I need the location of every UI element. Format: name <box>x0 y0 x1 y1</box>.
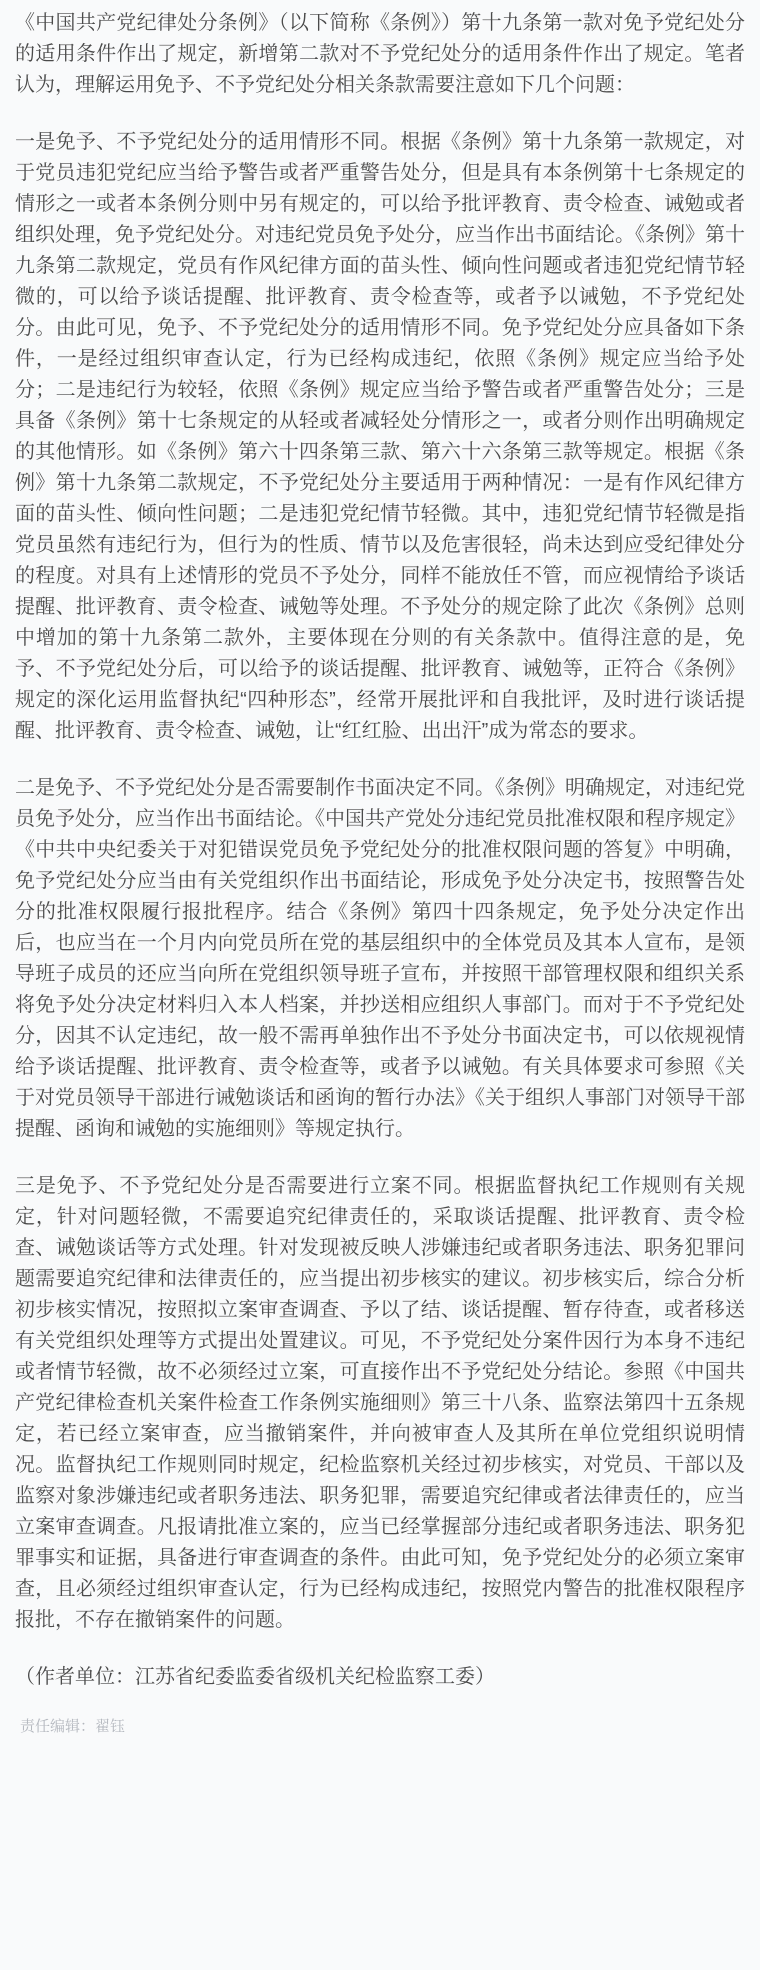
intro-paragraph: 《中国共产党纪律处分条例》（以下简称《条例》）第十九条第一款对免予党纪处分的适用… <box>15 8 745 101</box>
point-2-paragraph: 二是免予、不予党纪处分是否需要制作书面决定不同。《条例》明确规定，对违纪党员免予… <box>15 773 745 1145</box>
point-3-paragraph: 三是免予、不予党纪处分是否需要进行立案不同。根据监督执纪工作规则有关规定，针对问… <box>15 1171 745 1636</box>
article-content: 《中国共产党纪律处分条例》（以下简称《条例》）第十九条第一款对免予党纪处分的适用… <box>0 0 760 1749</box>
author-affiliation: （作者单位：江苏省纪委监委省级机关纪检监察工委） <box>15 1662 745 1693</box>
editor-credit: 责任编辑：翟钰 <box>15 1717 745 1737</box>
article-page: 《中国共产党纪律处分条例》（以下简称《条例》）第十九条第一款对免予党纪处分的适用… <box>0 0 760 1749</box>
point-1-paragraph: 一是免予、不予党纪处分的适用情形不同。根据《条例》第十九条第一款规定，对于党员违… <box>15 127 745 747</box>
